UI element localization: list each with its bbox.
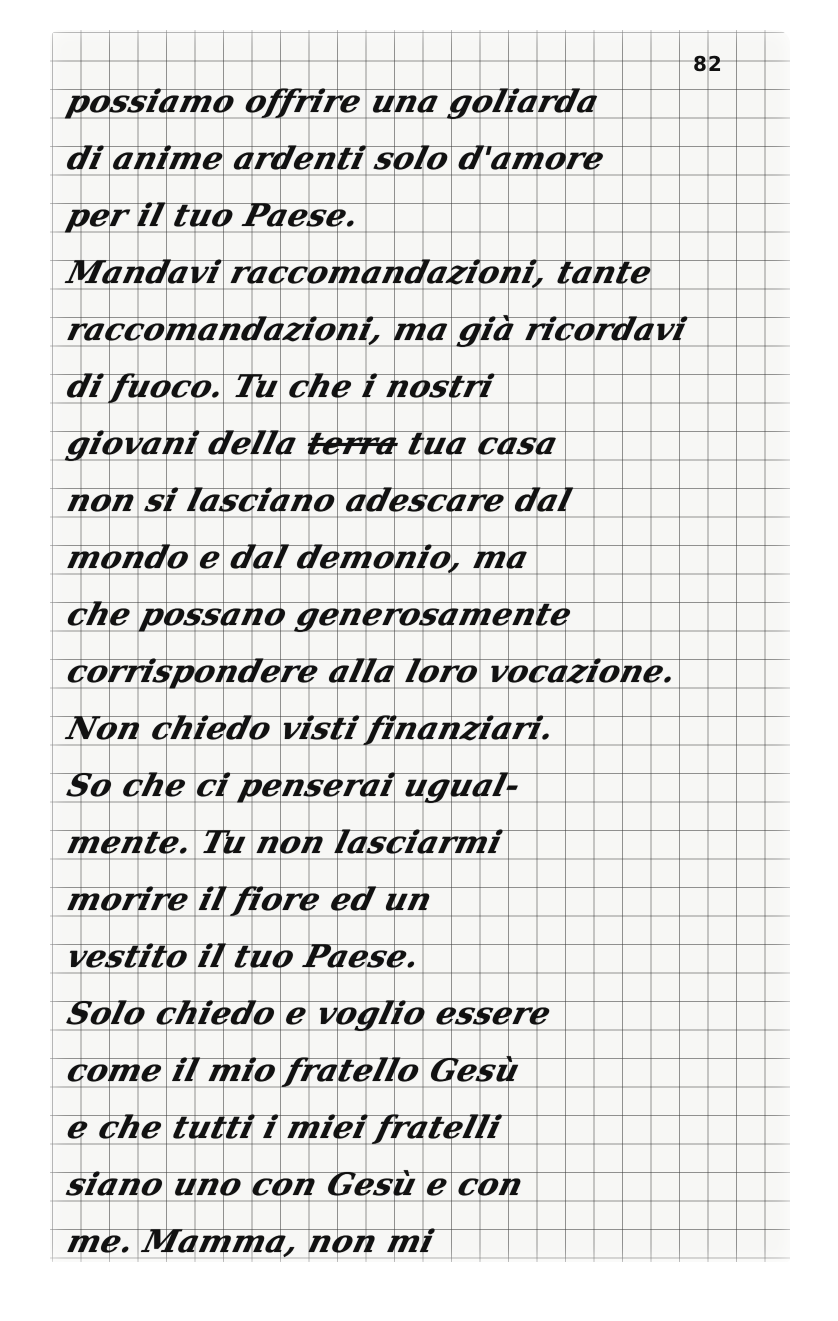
text-line: mondo e dal demonio, ma xyxy=(61,530,790,587)
text-line: che possano generosamente xyxy=(61,587,790,644)
text-line: come il mio fratello Gesù xyxy=(61,1043,790,1100)
text-line: di fuoco. Tu che i nostri xyxy=(61,359,790,416)
text-line: me. Mamma, non mi xyxy=(61,1214,790,1271)
text-line: non si lasciano adescare dal xyxy=(61,473,790,530)
text-line: vestito il tuo Paese. xyxy=(61,929,790,986)
page-number: 82 xyxy=(693,52,723,76)
text-line: morire il fiore ed un xyxy=(61,872,790,929)
text-line: giovani della terra tua casa xyxy=(61,416,790,473)
struck-word: terra xyxy=(304,426,402,462)
text-line: di anime ardenti solo d'amore xyxy=(61,131,790,188)
text-line: per il tuo Paese. xyxy=(61,188,790,245)
text-line: Non chiedo visti finanziari. xyxy=(61,701,790,758)
text-line: possiamo offrire una goliarda xyxy=(61,74,790,131)
text-line: corrispondere alla loro vocazione. xyxy=(61,644,790,701)
text-line: So che ci penserai ugual- xyxy=(61,758,790,815)
text-line: mente. Tu non lasciarmi xyxy=(61,815,790,872)
text-line: raccomandazioni, ma già ricordavi xyxy=(61,302,790,359)
text-line: siano uno con Gesù e con xyxy=(61,1157,790,1214)
handwritten-text: possiamo offrire una goliarda di anime a… xyxy=(68,74,783,1271)
text-line: Solo chiedo e voglio essere xyxy=(61,986,790,1043)
text-line: Mandavi raccomandazioni, tante xyxy=(61,245,790,302)
text-line: e che tutti i miei fratelli xyxy=(61,1100,790,1157)
